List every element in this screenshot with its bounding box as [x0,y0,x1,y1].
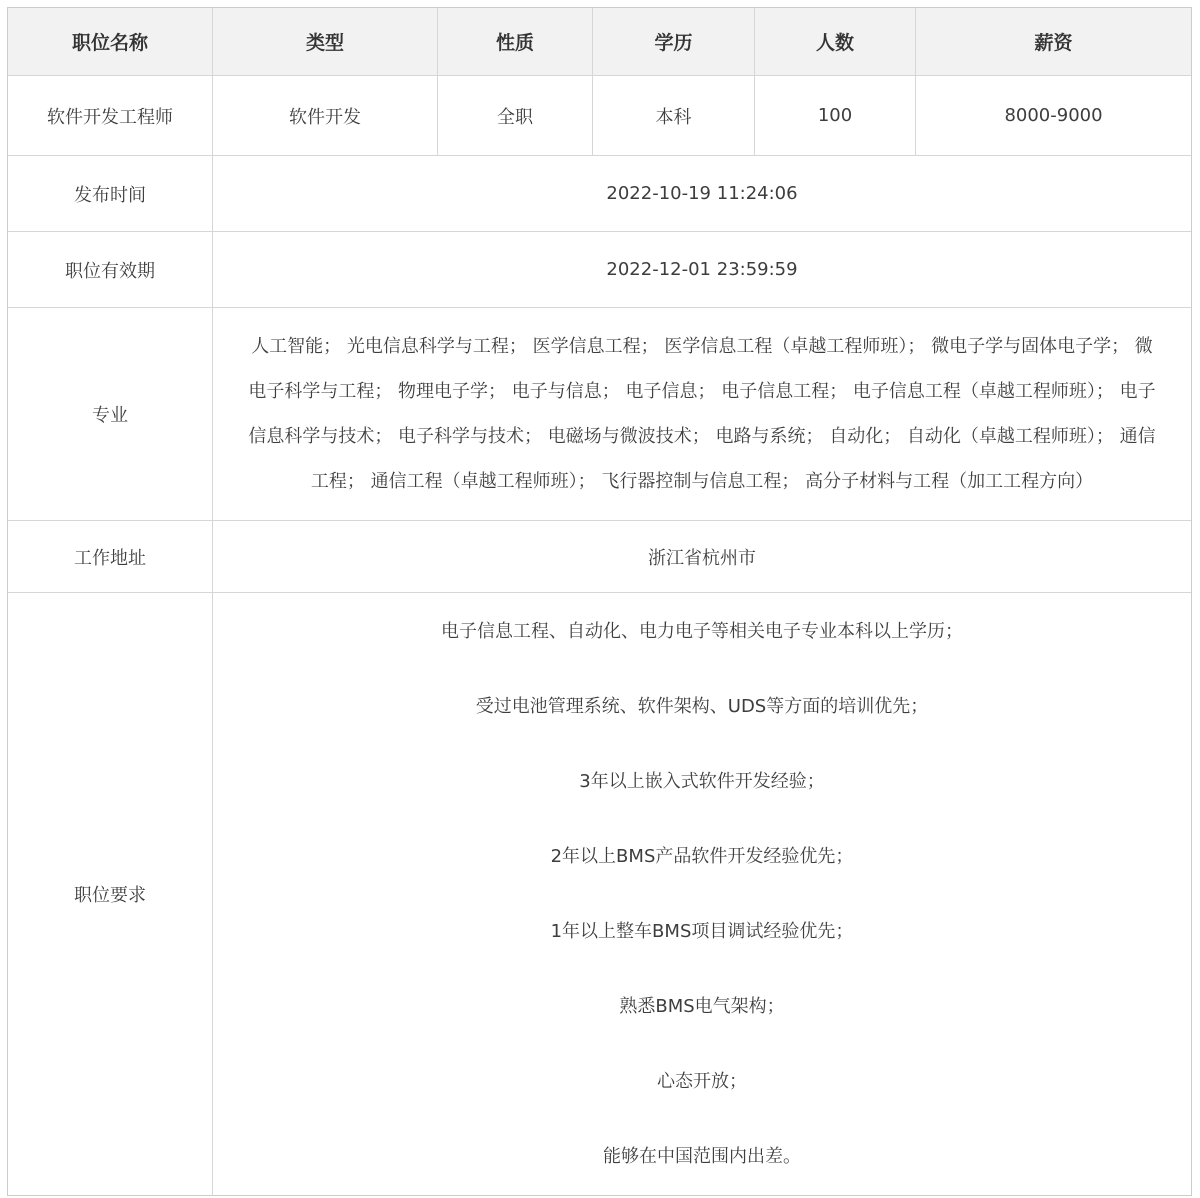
requirement-line: 受过电池管理系统、软件架构、UDS等方面的培训优先； [441,669,963,744]
job-detail-table: 职位名称 类型 性质 学历 人数 薪资 软件开发工程师 软件开发 全职 本科 1… [7,7,1192,1196]
work-address-row: 工作地址 浙江省杭州市 [8,520,1191,592]
job-type-cell: 软件开发 [213,76,438,155]
requirement-line: 电子信息工程、自动化、电力电子等相关电子专业本科以上学历； [441,594,963,669]
column-header-type: 类型 [213,8,438,75]
majors-row: 专业 人工智能； 光电信息科学与工程； 医学信息工程； 医学信息工程（卓越工程师… [8,307,1191,520]
majors-text: 人工智能； 光电信息科学与工程； 医学信息工程； 医学信息工程（卓越工程师班）；… [223,309,1181,519]
majors-label: 专业 [8,308,213,520]
requirement-line: 1年以上整车BMS项目调试经验优先； [441,894,963,969]
publish-time-row: 发布时间 2022-10-19 11:24:06 [8,155,1191,231]
requirement-line: 能够在中国范围内出差。 [441,1119,963,1194]
requirement-line: 心态开放； [441,1044,963,1119]
job-title-cell: 软件开发工程师 [8,76,213,155]
majors-value-cell: 人工智能； 光电信息科学与工程； 医学信息工程； 医学信息工程（卓越工程师班）；… [213,308,1191,520]
job-headcount-cell: 100 [755,76,916,155]
table-header-row: 职位名称 类型 性质 学历 人数 薪资 [8,8,1191,75]
job-requirements-row: 职位要求 电子信息工程、自动化、电力电子等相关电子专业本科以上学历； 受过电池管… [8,592,1191,1195]
job-education-cell: 本科 [593,76,755,155]
job-summary-row: 软件开发工程师 软件开发 全职 本科 100 8000-9000 [8,75,1191,155]
column-header-education: 学历 [593,8,755,75]
valid-until-row: 职位有效期 2022-12-01 23:59:59 [8,231,1191,307]
job-nature-cell: 全职 [438,76,593,155]
job-requirements-cell: 电子信息工程、自动化、电力电子等相关电子专业本科以上学历； 受过电池管理系统、软… [213,593,1191,1195]
column-header-salary: 薪资 [916,8,1191,75]
work-address-value: 浙江省杭州市 [213,521,1191,592]
job-salary-cell: 8000-9000 [916,76,1191,155]
requirement-line: 3年以上嵌入式软件开发经验； [441,744,963,819]
job-detail-page: 职位名称 类型 性质 学历 人数 薪资 软件开发工程师 软件开发 全职 本科 1… [0,0,1200,1198]
publish-time-label: 发布时间 [8,156,213,231]
job-requirements-label: 职位要求 [8,593,213,1195]
publish-time-value: 2022-10-19 11:24:06 [213,156,1191,231]
valid-until-label: 职位有效期 [8,232,213,307]
requirement-line: 2年以上BMS产品软件开发经验优先； [441,819,963,894]
job-requirements-list: 电子信息工程、自动化、电力电子等相关电子专业本科以上学历； 受过电池管理系统、软… [421,593,983,1195]
work-address-label: 工作地址 [8,521,213,592]
column-header-headcount: 人数 [755,8,916,75]
column-header-job-title: 职位名称 [8,8,213,75]
requirement-line: 熟悉BMS电气架构； [441,969,963,1044]
valid-until-value: 2022-12-01 23:59:59 [213,232,1191,307]
column-header-nature: 性质 [438,8,593,75]
